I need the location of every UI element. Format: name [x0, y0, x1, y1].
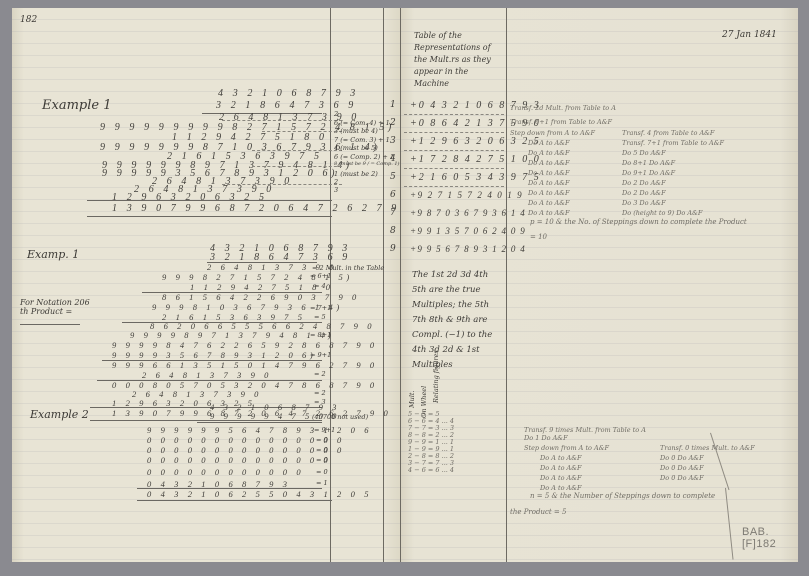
summary: = 10 [530, 233, 547, 241]
leader-line [404, 132, 504, 133]
instruction: Do A to A&F [528, 159, 570, 167]
instruction: Do 9+1 Do A&F [622, 169, 675, 177]
note: 1 (must be 2) [334, 170, 378, 178]
instruction: Do A to A&F [540, 474, 582, 482]
rule [137, 500, 332, 501]
instruction: Transf. 4 from Table to A&F [622, 129, 714, 137]
row: 9 9 9 9 3 5 6 7 8 9 3 1 2 0 6) [112, 350, 316, 360]
leader-line [222, 184, 342, 185]
left-page: 182 Example 1 4 3 2 1 0 6 8 7 9 3 3 2 1 … [12, 8, 400, 562]
rule [87, 216, 332, 217]
instruction: Do 2 Do A&F [622, 189, 666, 197]
instruction: Do A to A&F [528, 189, 570, 197]
annotation: (45700 not used) [312, 413, 368, 421]
instruction: Do A to A&F [540, 484, 582, 492]
note: 7 (= Com. 3) + 1 [334, 136, 390, 144]
instruction: Do A to A&F [528, 179, 570, 187]
multiple-value: +1 7 2 8 4 2 7 5 1 0 0 [410, 154, 541, 165]
manuscript-spread: 182 Example 1 4 3 2 1 0 6 8 7 9 3 3 2 1 … [12, 8, 802, 568]
rule [20, 324, 80, 325]
annotation: = 0 [316, 456, 328, 464]
instruction: Do 0 Do A&F [660, 474, 704, 482]
row-index: 3 [390, 136, 396, 146]
example-2-label: Example 2 [30, 408, 89, 421]
annotation: = 9+1 [314, 426, 335, 434]
row: 0 0 0 0 0 0 0 0 0 0 0 0 0 0 [147, 455, 331, 465]
instruction: Do 8+1 Do A&F [622, 159, 675, 167]
instruction: Do A to A&F [540, 454, 582, 462]
multiple-value: +9 8 7 0 3 6 7 9 3 6 1 4 [410, 208, 526, 218]
annotation: = 2 Mult. in the Table [312, 264, 384, 272]
instruction: Do A to A&F [528, 149, 570, 157]
row: 9 9 9 9 9 9 5 6 4 7 8 9 3 1 2 0 6 [147, 425, 372, 435]
annotation: = 1 [316, 479, 328, 487]
row: 2 6 4 8 1 3 7 3 9 0 [142, 370, 272, 380]
note: 8 (must be 9 / = Comp. 1) + 1 [334, 161, 410, 167]
example-1-label: Example 1 [42, 98, 111, 113]
note: 3 [334, 186, 338, 194]
leader-line [404, 150, 504, 151]
row: 8 6 1 5 6 4 2 2 6 9 0 3 7 9 0 [162, 292, 360, 302]
leader-line [252, 166, 342, 167]
summary: n = 5 & the Number of Steppings down to … [530, 492, 715, 500]
summary: p = 10 & the No. of Steppings down to co… [530, 218, 747, 226]
table-title: Table of the Representations of the Mult… [414, 30, 504, 90]
annotation: = 2 [314, 370, 326, 378]
instruction: Do A to A&F [528, 169, 570, 177]
multiple-value: +9 9 1 3 5 7 0 6 2 4 0 9 [410, 226, 526, 236]
annotation: = 8+1 [310, 331, 331, 339]
note: 6 (= Com. 4) + 1 [334, 119, 390, 127]
product: 1 3 9 0 7 9 9 6 8 7 2 0 6 4 7 2 6 2 7 9 … [112, 203, 415, 214]
annotation: = 6+1 [310, 272, 331, 280]
instruction: Do 0 Do A&F [660, 454, 704, 462]
gutter-rule [400, 8, 401, 562]
instruction: Do A to A&F [528, 199, 570, 207]
instruction: Do A to A&F [528, 209, 570, 217]
row-index: 5 [390, 172, 396, 182]
row: 1 2 9 6 3 2 0 6 3 2 5 [112, 192, 268, 203]
date: 27 Jan 1841 [722, 30, 777, 40]
annotation: = 7+1 [310, 304, 331, 312]
rule [197, 422, 322, 423]
multiple-value: +2 1 6 0 5 3 4 3 9 7 5 [410, 172, 541, 183]
row: 0 0 0 0 0 0 0 0 0 0 0 0 [147, 467, 304, 477]
rule [87, 200, 332, 201]
leader-line [404, 114, 504, 115]
instruction: Transf. 6+1 from Table to A&F [510, 118, 612, 126]
column-rule [506, 8, 507, 562]
instruction: Do 1 Do A&F [524, 434, 568, 442]
multiples-note: The 1st 2d 3d 4th 5th are the true Multi… [412, 268, 504, 373]
instruction: Do 2 Do A&F [622, 179, 666, 187]
multiple-value: +9 9 5 6 7 8 9 3 1 2 0 4 [410, 244, 526, 254]
instruction: Do (height to 9) Do A&F [622, 209, 702, 217]
notation-note: For Notation 206 th Product = [20, 298, 100, 316]
multiple-value: +9 2 7 1 5 7 2 4 0 1 9 [410, 190, 523, 200]
note: 3 (must be 4) [334, 127, 378, 135]
multiple-value: +1 2 9 6 3 2 0 6 3 2 5 [410, 136, 541, 147]
instruction: Do 5 Do A&F [622, 149, 666, 157]
summary: the Product = 5 [510, 508, 566, 516]
row-index: 8 [390, 226, 396, 236]
leader-line [404, 186, 504, 187]
row: 1 1 2 9 4 2 7 5 1 8 0 [190, 282, 334, 292]
note: 4 (must be 5) [334, 144, 378, 152]
instruction: Do A to A&F [528, 139, 570, 147]
row: 9 9 9 9 8 9 7 1 3 7 9 4 8 1 4) [130, 330, 334, 340]
instruction: Transf. 9 times Mult. from Table to A [524, 426, 646, 434]
instruction: Step down from A to A&F [510, 129, 595, 137]
row-index: 9 [390, 244, 396, 254]
instruction: Do A to A&F [540, 464, 582, 472]
instruction: Do 0 Do A&F [660, 464, 704, 472]
column-header: Mult. [408, 390, 416, 408]
page-number: 182 [20, 15, 37, 25]
row-index: 2 [390, 118, 396, 128]
row-index: 1 [390, 100, 396, 110]
note: 2 [334, 178, 338, 186]
annotation: = 4 [314, 282, 326, 290]
annotation: = 0 [316, 436, 328, 444]
instruction: Transf. 0 times Mult. to A&F [660, 444, 755, 452]
right-page: 27 Jan 1841 Table of the Representations… [400, 8, 798, 562]
column-header: Relating figures [432, 350, 440, 403]
instruction: Step down from A to A&F [524, 444, 609, 452]
product: 0 4 3 2 1 0 6 2 5 5 0 4 3 1 2 0 5 [147, 489, 372, 499]
row: 9 9 9 6 6 1 3 5 1 5 0 1 4 7 9 6 2 7 9 0 [112, 360, 378, 370]
leader-line [222, 120, 342, 121]
example-1b-label: Examp. 1 [27, 248, 79, 261]
row-index: 6 [390, 190, 396, 200]
row: 9 9 9 9 8 4 7 6 2 2 6 5 9 2 8 6 8 7 9 0 [112, 340, 378, 350]
annotation: = 5 [314, 313, 326, 321]
annotation: = 0 [316, 468, 328, 476]
note: 6 (= Comp. 2) + 1 [334, 153, 394, 161]
leader-line [252, 150, 342, 151]
row-index: 4 [390, 154, 396, 164]
row-index: 7 [390, 208, 396, 218]
annotation: = 9+1 [310, 351, 331, 359]
mini-row: 4 − 6 = 6 ... 4 [408, 466, 454, 474]
leader-line [262, 131, 342, 132]
annotation: = 2 [314, 389, 326, 397]
archive-stamp: BAB.[F]182 [742, 526, 798, 550]
instruction: Do 3 Do A&F [622, 199, 666, 207]
instruction: Transf. 7+1 from Table to A&F [622, 139, 724, 147]
multiplicand: 4 3 2 1 0 6 8 7 9 3 [218, 88, 359, 99]
note: 2 [334, 110, 338, 118]
annotation: = 0 [316, 446, 328, 454]
column-rule [383, 8, 384, 562]
leader-line [404, 168, 504, 169]
instruction: Transf. 2d Mult. from Table to A [510, 104, 616, 112]
